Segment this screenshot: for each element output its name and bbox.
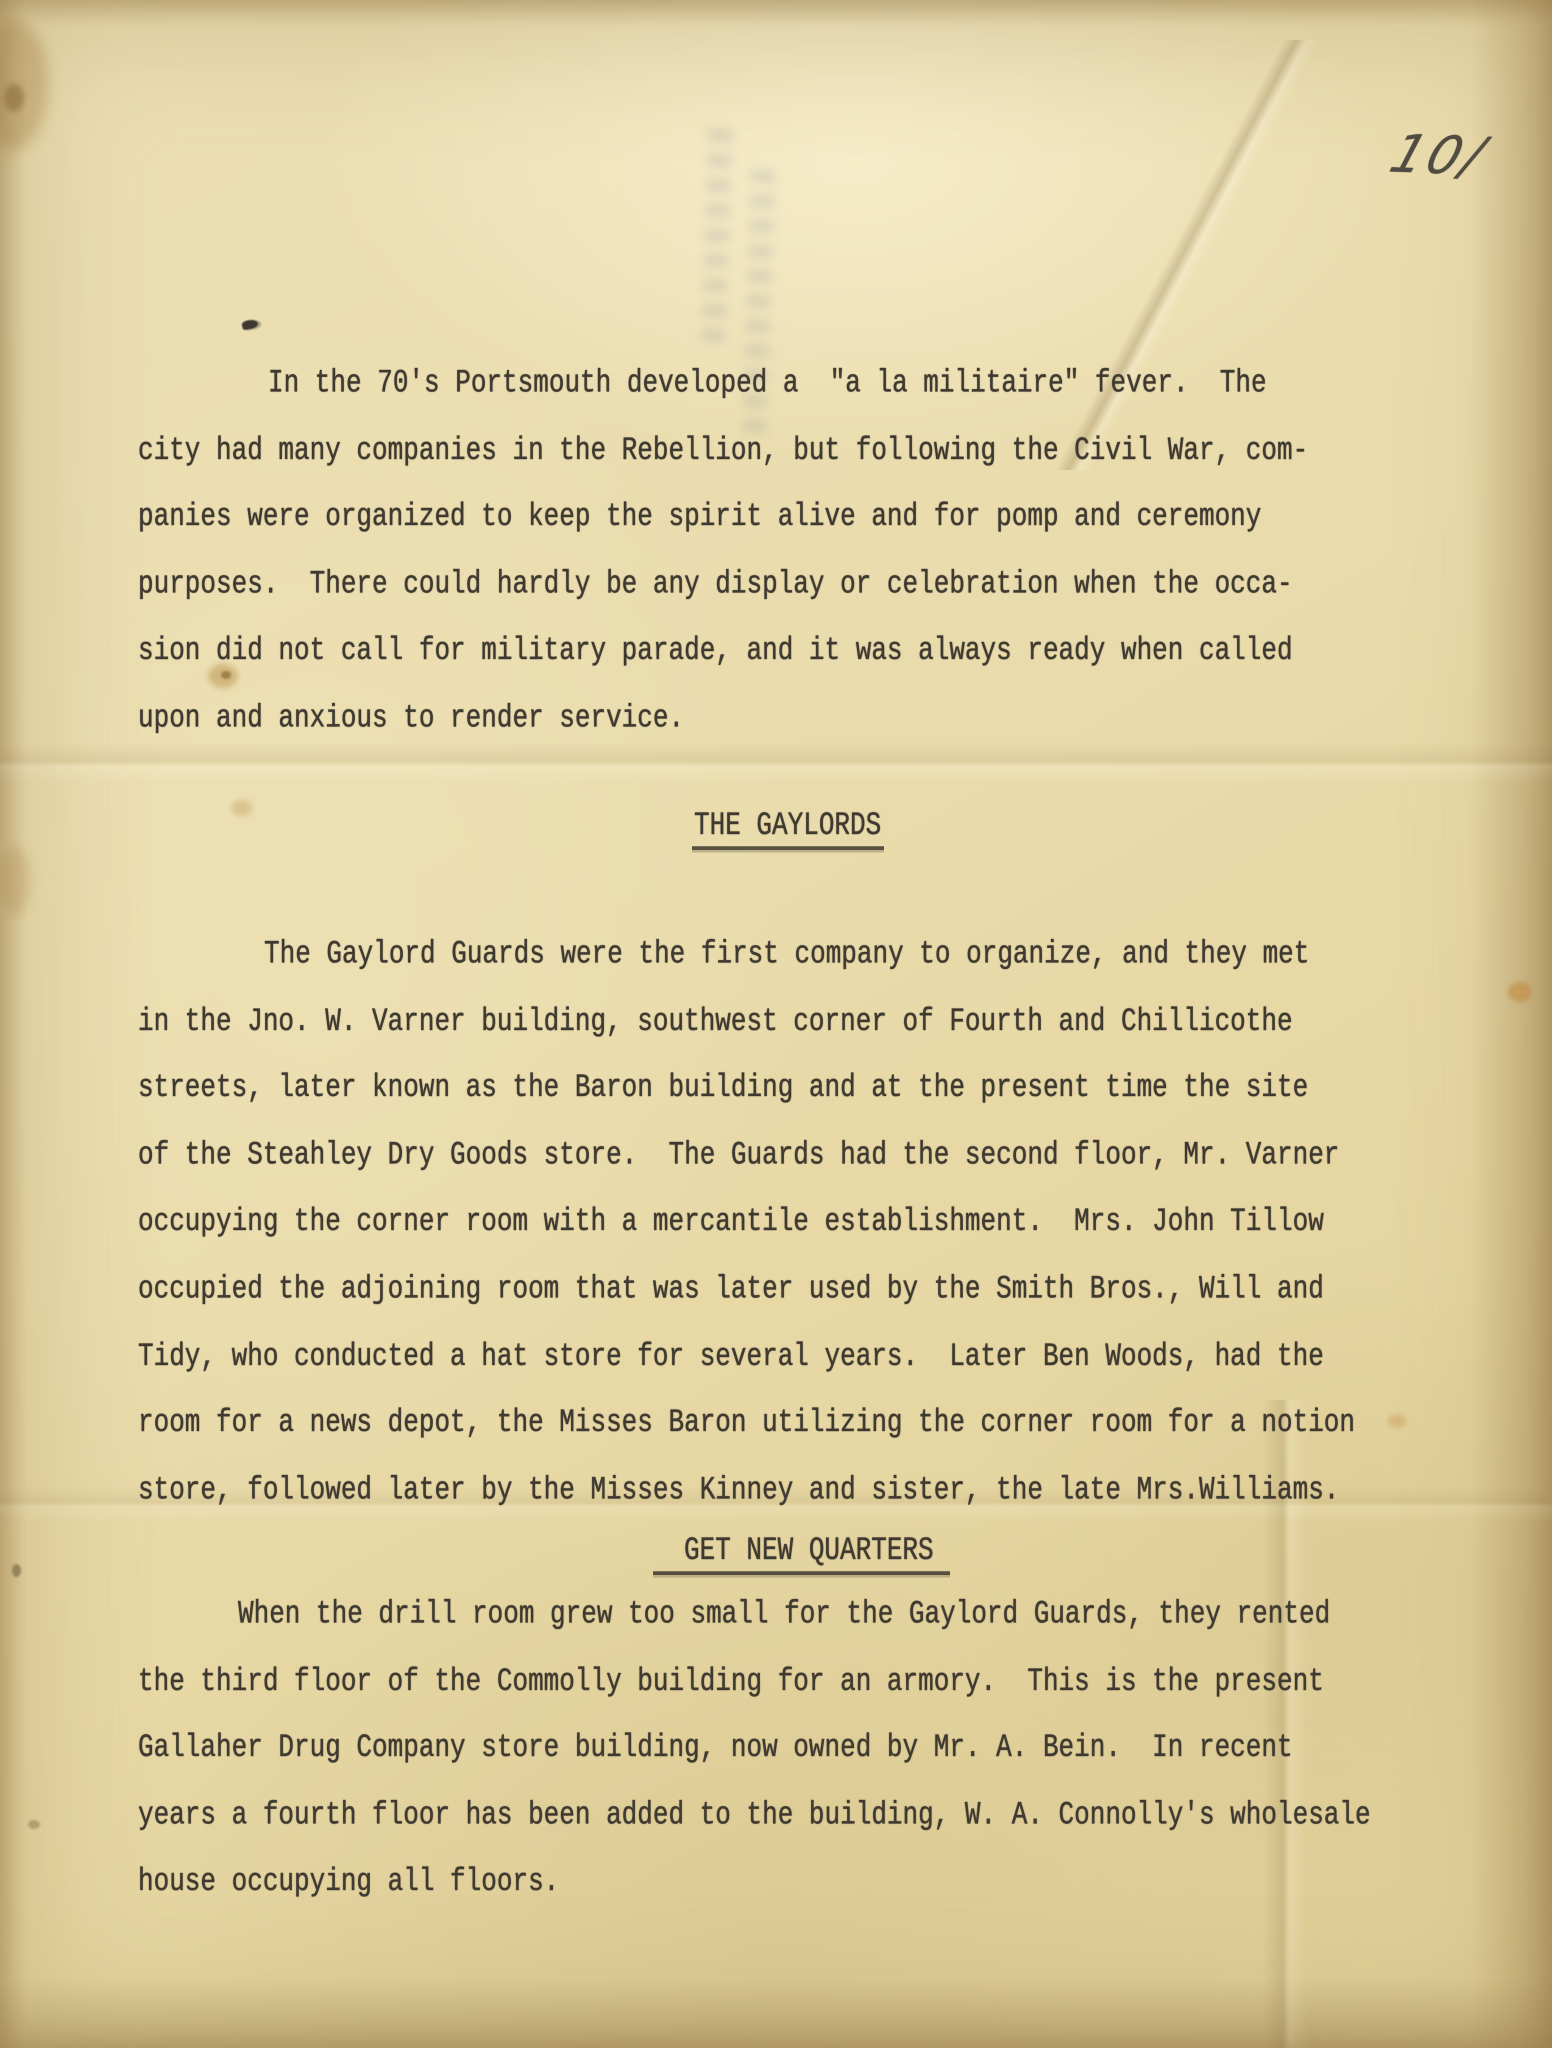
paper-edge-left — [0, 0, 26, 2048]
page-number-annotation: 10/ — [1383, 124, 1494, 187]
paragraph-intro: In the 70's Portsmouth developed a "a la… — [138, 350, 1308, 752]
document-page: 10/ In the 70's Portsmouth developed a "… — [0, 0, 1552, 2048]
paper-stain — [28, 1820, 40, 1829]
paragraph-gaylords: The Gaylord Guards were the first compan… — [138, 921, 1355, 1524]
paragraph-quarters: When the drill room grew too small for t… — [138, 1581, 1371, 1916]
paper-edge-right — [1470, 0, 1552, 2048]
paper-stain — [232, 800, 252, 816]
section-heading-gaylords: THE GAYLORDS — [692, 805, 884, 850]
paper-edge-bottom — [0, 1978, 1552, 2048]
paper-edge-top — [0, 0, 1552, 26]
section-heading-quarters: GET NEW QUARTERS — [653, 1530, 950, 1575]
ink-mark — [241, 318, 259, 330]
paper-stain — [1388, 1414, 1406, 1428]
bleed-through-column — [701, 127, 732, 342]
